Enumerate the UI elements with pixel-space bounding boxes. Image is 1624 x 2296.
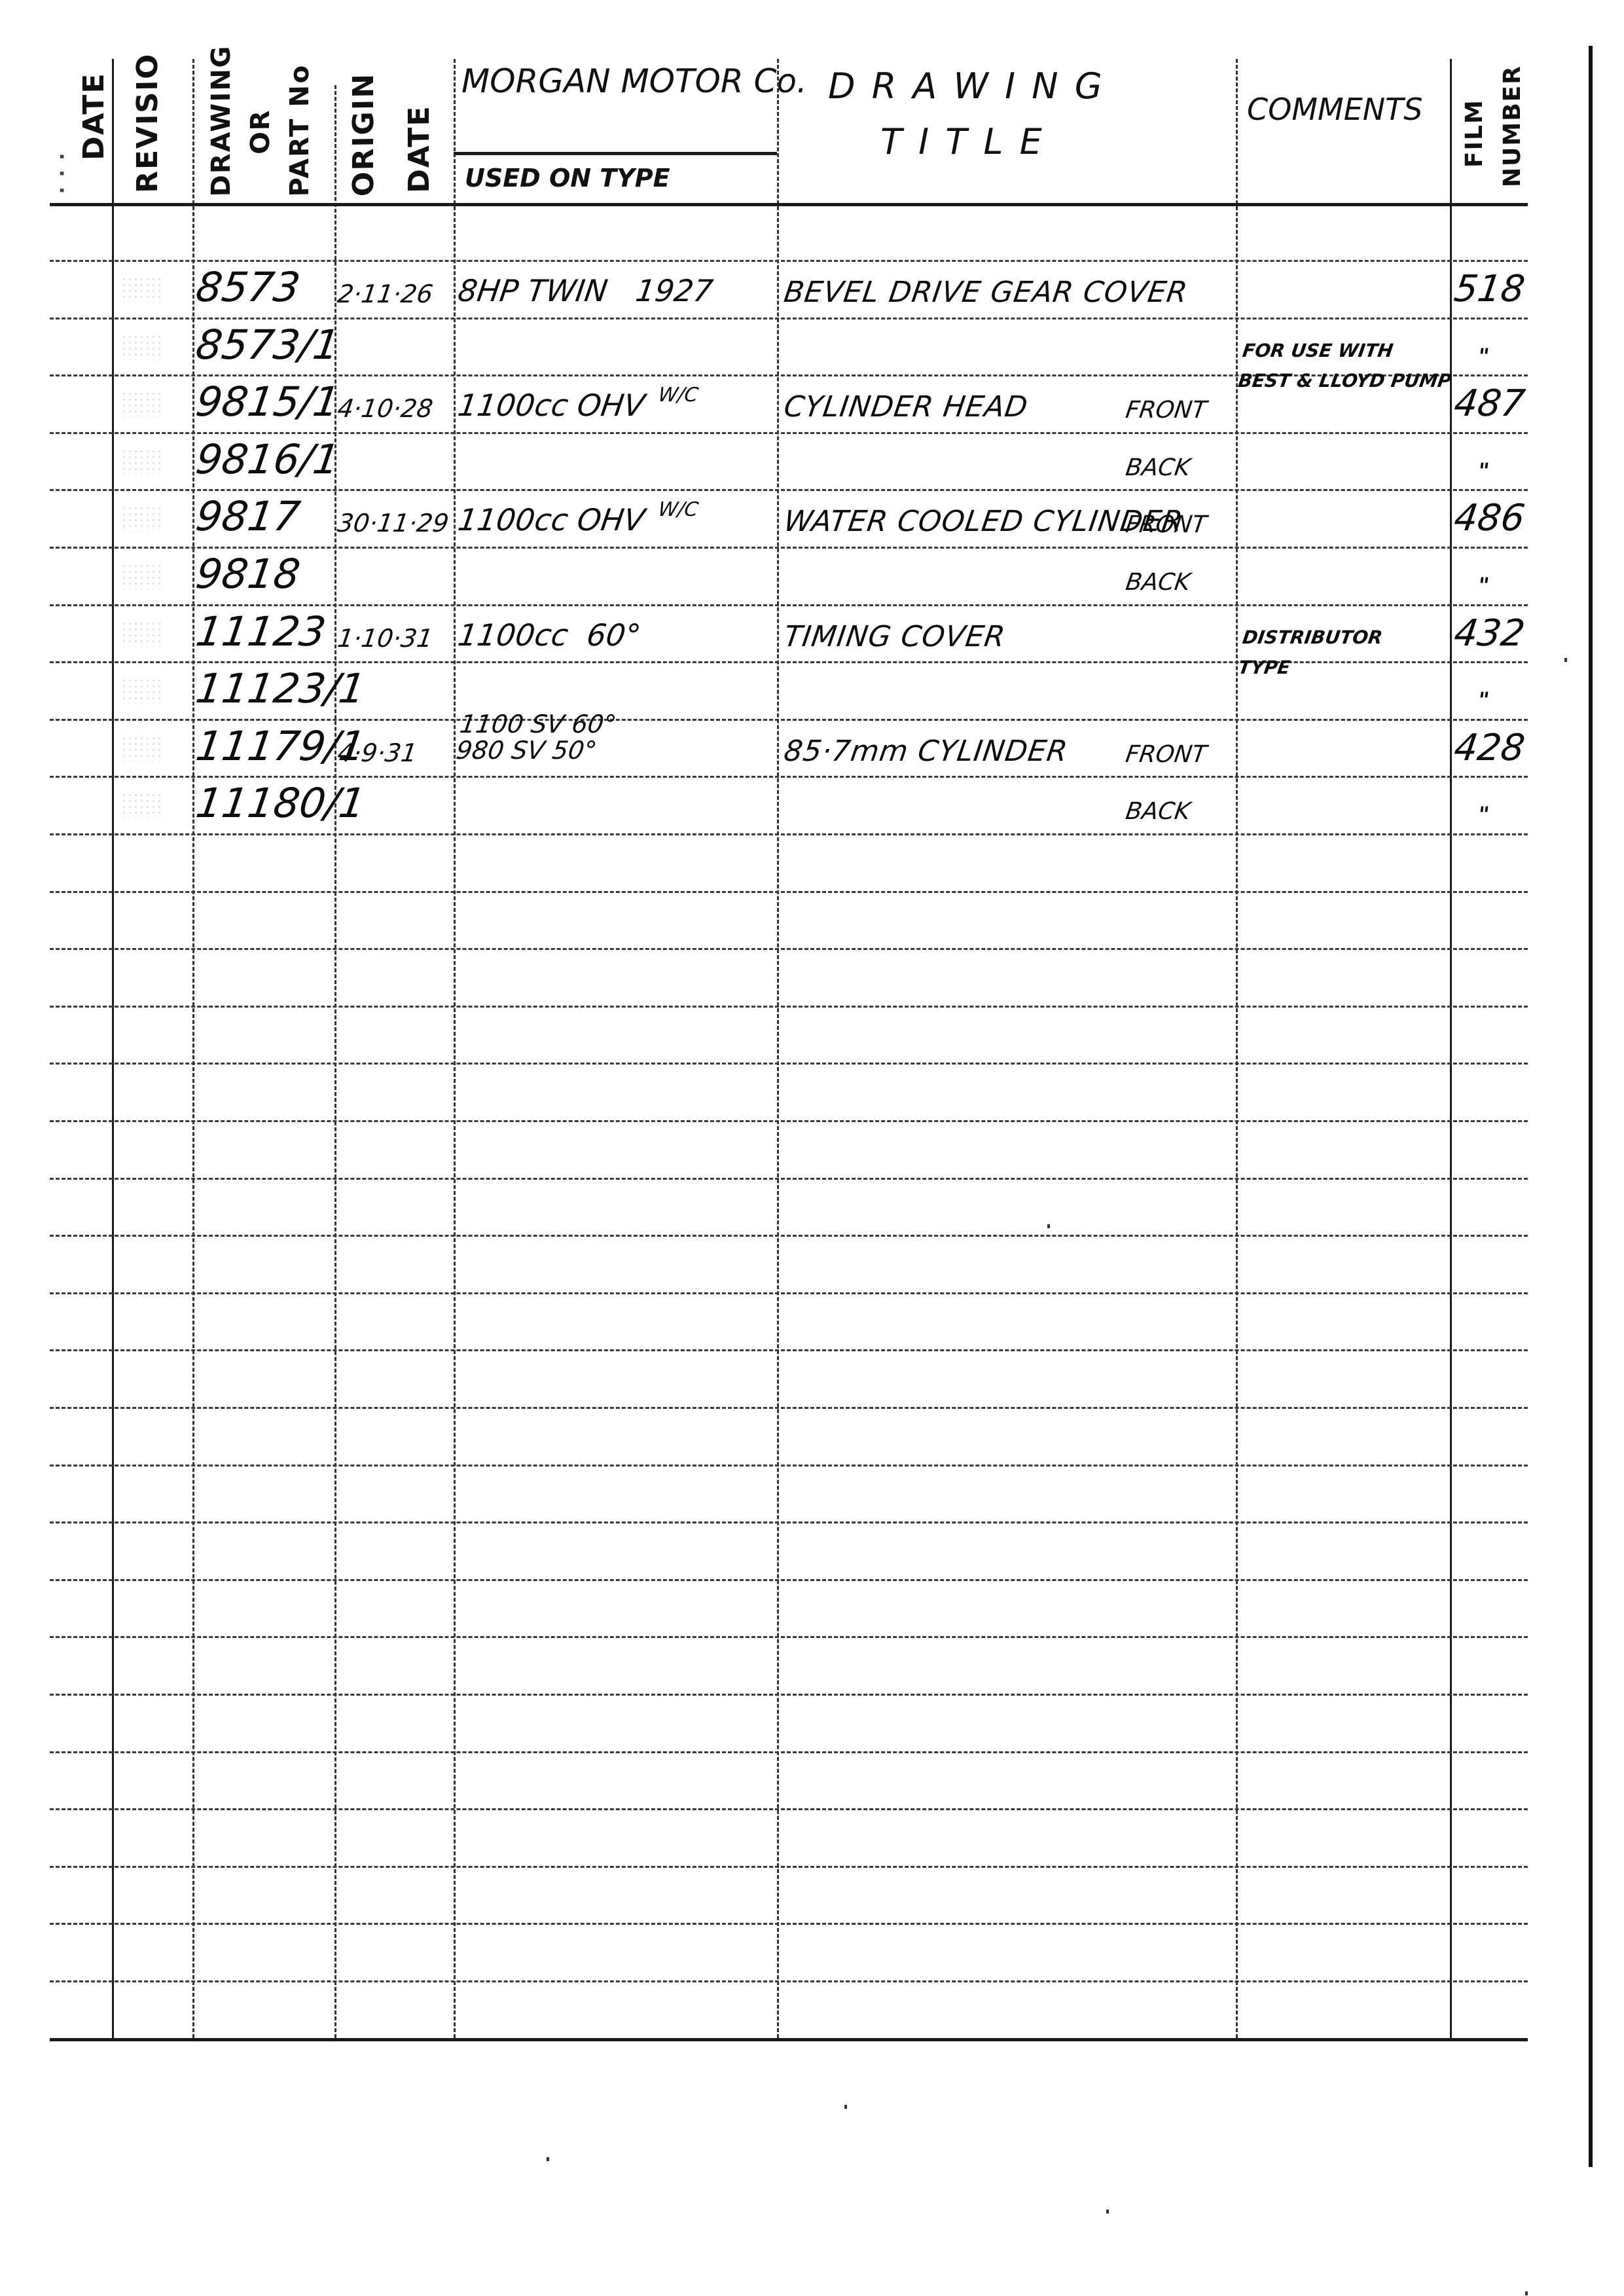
revision-mark bbox=[121, 505, 160, 532]
drawing-title: 85·7mm CYLINDER bbox=[782, 735, 1070, 768]
film-number: 487 bbox=[1451, 382, 1527, 425]
drawing-title-side: BACK bbox=[1124, 798, 1192, 825]
revision-mark bbox=[121, 735, 160, 761]
drawing-title-side: BACK bbox=[1124, 569, 1192, 596]
drawing-title-side: BACK bbox=[1124, 454, 1192, 481]
row-rule bbox=[50, 1349, 1528, 1351]
row-rule bbox=[50, 432, 1528, 434]
column-divider bbox=[112, 59, 114, 2038]
part-number: 9818 bbox=[193, 550, 303, 598]
revision-mark bbox=[121, 391, 160, 417]
film-number: 428 bbox=[1451, 727, 1527, 769]
header-drawing-or-part-no-line1: DRAWING bbox=[206, 41, 236, 200]
part-number: 11180/1 bbox=[193, 779, 369, 827]
revision-mark bbox=[121, 276, 160, 302]
scan-speck bbox=[547, 2157, 549, 2161]
row-rule bbox=[50, 547, 1528, 549]
film-number: 432 bbox=[1451, 612, 1527, 655]
row-rule bbox=[50, 1751, 1528, 1753]
origin-date: 4·9·31 bbox=[336, 738, 419, 767]
part-number: 9815/1 bbox=[193, 378, 342, 426]
scan-speck bbox=[844, 2105, 847, 2109]
row-rule bbox=[50, 1923, 1528, 1925]
part-number: 11123/1 bbox=[193, 665, 369, 712]
film-number: " bbox=[1476, 687, 1490, 712]
row-rule bbox=[50, 1579, 1528, 1581]
drawing-title: TIMING COVER bbox=[782, 620, 1007, 653]
row-rule bbox=[50, 1465, 1528, 1467]
row-rule bbox=[50, 1866, 1528, 1868]
row-rule bbox=[50, 1636, 1528, 1638]
row-rule bbox=[50, 1522, 1528, 1523]
revision-mark bbox=[121, 563, 160, 589]
row-rule bbox=[50, 1178, 1528, 1180]
film-number: 486 bbox=[1451, 497, 1527, 539]
row-rule bbox=[50, 833, 1528, 835]
row-rule bbox=[50, 776, 1528, 778]
header-used-on-type: USED ON TYPE bbox=[465, 164, 670, 192]
column-divider bbox=[1236, 59, 1238, 2038]
column-divider bbox=[777, 59, 779, 2038]
row-rule bbox=[50, 2038, 1528, 2041]
origin-date: 2·11·26 bbox=[336, 280, 435, 308]
scan-speck bbox=[1525, 2291, 1528, 2295]
row-rule bbox=[50, 1292, 1528, 1294]
scan-speck bbox=[1047, 1224, 1050, 1228]
film-number: " bbox=[1476, 458, 1490, 483]
header-current-date-fragment: · · · bbox=[51, 149, 74, 196]
revision-mark bbox=[121, 448, 160, 475]
row-rule bbox=[50, 489, 1528, 491]
header-revision: REVISIO bbox=[131, 49, 164, 196]
part-number: 9816/1 bbox=[193, 435, 342, 483]
scan-speck bbox=[1564, 658, 1567, 662]
used-on-type: 8HP TWIN 1927 bbox=[456, 273, 715, 308]
part-number: 9817 bbox=[193, 492, 303, 540]
part-number: 8573 bbox=[193, 263, 303, 311]
film-number: " bbox=[1476, 344, 1490, 369]
row-rule bbox=[50, 1407, 1528, 1409]
header-drawing-or-part-no-line3: PART No bbox=[285, 61, 315, 200]
scan-speck bbox=[1106, 2210, 1109, 2214]
header-film-line1: FILM bbox=[1461, 96, 1488, 170]
origin-date: 30·11·29 bbox=[336, 509, 450, 538]
drawing-title: CYLINDER HEAD bbox=[782, 390, 1030, 424]
row-rule bbox=[50, 260, 1528, 262]
header-drawing-title-line1: D R A W I N G bbox=[828, 65, 1105, 107]
row-rule bbox=[50, 1006, 1528, 1008]
column-divider bbox=[454, 59, 456, 2038]
revision-mark bbox=[121, 334, 160, 360]
origin-date: 4·10·28 bbox=[336, 394, 435, 423]
header-bottom-rule bbox=[50, 203, 1528, 206]
row-rule bbox=[50, 1808, 1528, 1810]
comment-text: FOR USE WITH BEST & LLOYD PUMP bbox=[1236, 336, 1458, 396]
header-drawing-title-line2: T I T L E bbox=[880, 121, 1045, 162]
used-on-type: 1100 SV 60° 980 SV 50° bbox=[454, 711, 618, 763]
company-box-divider bbox=[454, 152, 777, 155]
row-rule bbox=[50, 318, 1528, 319]
header-comments: COMMENTS bbox=[1247, 92, 1422, 127]
used-on-type-suffix: W/C bbox=[644, 498, 700, 521]
row-rule bbox=[50, 1235, 1528, 1237]
row-rule bbox=[50, 891, 1528, 893]
comment-text: DISTRIBUTOR TYPE bbox=[1236, 623, 1384, 683]
film-number: " bbox=[1476, 573, 1490, 598]
drawing-title: BEVEL DRIVE GEAR COVER bbox=[782, 276, 1189, 309]
row-rule bbox=[50, 948, 1528, 950]
header-film-line2: NUMBER bbox=[1499, 62, 1526, 190]
revision-mark bbox=[121, 792, 160, 818]
part-number: 11123 bbox=[193, 608, 329, 655]
row-rule bbox=[50, 604, 1528, 606]
used-on-type: 1100cc OHV W/C bbox=[456, 502, 699, 538]
row-rule bbox=[50, 719, 1528, 721]
header-origin-date-line2: DATE bbox=[403, 101, 436, 196]
used-on-type: 1100cc 60° bbox=[456, 617, 643, 653]
origin-date: 1·10·31 bbox=[336, 624, 435, 653]
drawing-title-side: FRONT bbox=[1124, 511, 1208, 538]
drawing-register-sheet: DATE · · · REVISIO DRAWING OR PART No OR… bbox=[0, 0, 1624, 2296]
row-rule bbox=[50, 1980, 1528, 1982]
revision-mark bbox=[121, 678, 160, 704]
drawing-title-side: FRONT bbox=[1124, 741, 1208, 768]
used-on-type-suffix: W/C bbox=[644, 384, 700, 407]
header-drawing-or-part-no-line2: OR bbox=[245, 105, 276, 157]
page-border-line bbox=[1589, 46, 1593, 2167]
film-number: 518 bbox=[1451, 268, 1527, 310]
row-rule bbox=[50, 1694, 1528, 1696]
drawing-title-side: FRONT bbox=[1124, 397, 1208, 424]
film-number: " bbox=[1476, 802, 1490, 827]
revision-mark bbox=[121, 621, 160, 647]
header-current-date: DATE bbox=[77, 69, 111, 164]
part-number: 8573/1 bbox=[193, 321, 342, 369]
header-company-name: MORGAN MOTOR Co. bbox=[461, 62, 807, 100]
header-origin-date-line1: ORIGIN bbox=[347, 69, 380, 200]
row-rule bbox=[50, 1120, 1528, 1122]
row-rule bbox=[50, 1063, 1528, 1065]
used-on-type: 1100cc OHV W/C bbox=[456, 388, 699, 423]
